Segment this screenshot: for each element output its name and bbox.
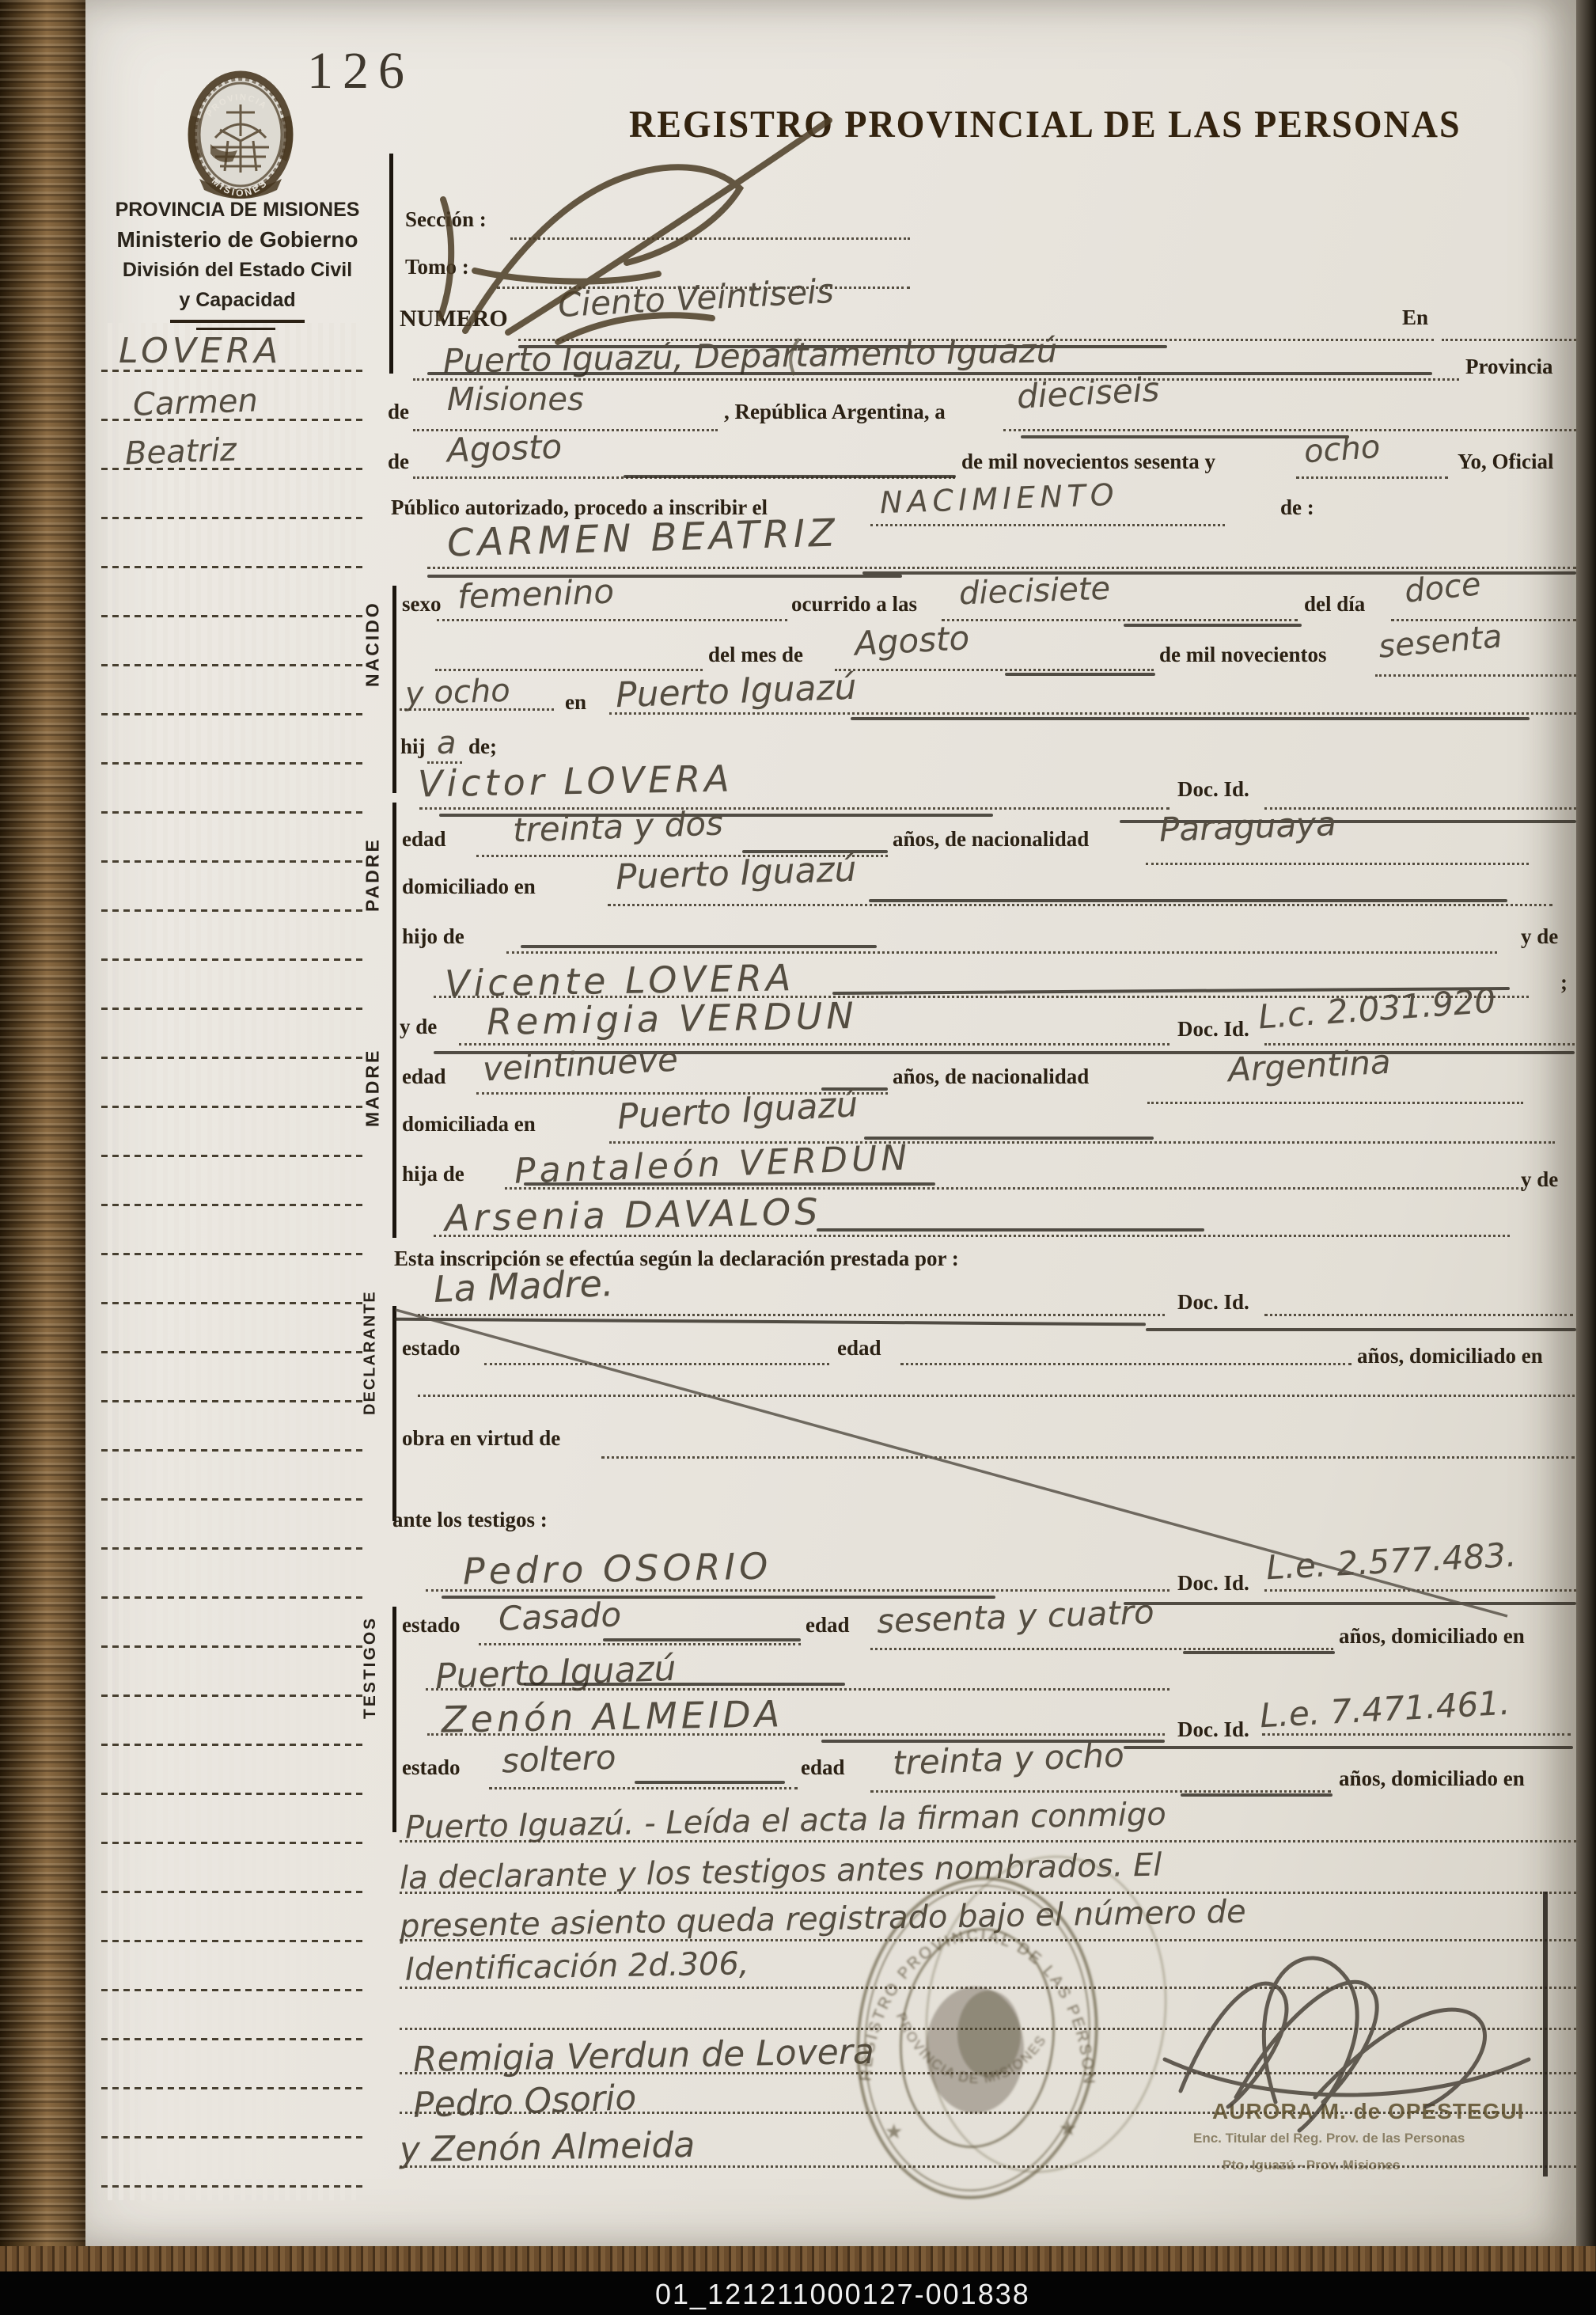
dotted-line bbox=[870, 1790, 1331, 1793]
book-page-stack-edge bbox=[0, 0, 85, 2273]
dotted-line bbox=[506, 951, 1497, 954]
provincia-value: Misiones bbox=[447, 381, 584, 418]
pencil-line bbox=[851, 717, 1530, 720]
dotted-line bbox=[400, 708, 554, 711]
semicolon-label: ; bbox=[1560, 970, 1568, 995]
pencil-line bbox=[524, 1182, 935, 1186]
ministry-line1: PROVINCIA DE MISIONES bbox=[101, 195, 373, 225]
oficial-stamp-cargo: Enc. Titular del Reg. Prov. de las Perso… bbox=[1193, 2131, 1465, 2146]
dotted-line bbox=[435, 669, 703, 671]
dotted-line bbox=[505, 1187, 1523, 1190]
dotted-line bbox=[418, 1314, 1165, 1316]
doc-id-label-madre: Doc. Id. bbox=[1177, 1017, 1249, 1042]
anos-nac-label-padre: años, de nacionalidad bbox=[893, 827, 1089, 852]
pencil-line bbox=[817, 1228, 1204, 1232]
section-bracket-testigos bbox=[392, 1607, 396, 1832]
margin-name2: Beatriz bbox=[124, 432, 237, 472]
pencil-line bbox=[427, 372, 1432, 375]
domiciliado-label: domiciliado en bbox=[402, 875, 536, 899]
testigo1-estado: Casado bbox=[498, 1595, 622, 1638]
ministry-line2: Ministerio de Gobierno bbox=[101, 225, 373, 255]
dotted-line bbox=[510, 237, 910, 240]
pencil-line bbox=[1124, 1746, 1573, 1749]
anos-dom-label-t2: años, domiciliado en bbox=[1339, 1767, 1525, 1791]
section-bracket-nacido bbox=[392, 586, 396, 793]
book-right-edge bbox=[1576, 0, 1596, 2273]
de-mil-label: de mil novecientos bbox=[1159, 643, 1326, 667]
section-bracket-padre bbox=[392, 803, 396, 1023]
margin-ruling-dash-mask bbox=[101, 323, 362, 2200]
cierre-linea4: Identificación 2d.306, bbox=[405, 1945, 749, 1988]
yo-oficial-label: Yo, Oficial bbox=[1458, 450, 1554, 474]
pencil-line bbox=[1005, 673, 1155, 676]
testigo2-estado: soltero bbox=[501, 1737, 616, 1780]
pencil-line bbox=[603, 1638, 801, 1641]
edad-label-t1: edad bbox=[806, 1613, 850, 1638]
ministry-rule bbox=[170, 320, 305, 323]
dotted-line bbox=[1003, 429, 1576, 431]
dotted-line bbox=[400, 1939, 1576, 1941]
oficial-stamp-lugar: Pto. Iguazú - Prov. Misiones bbox=[1223, 2158, 1401, 2173]
dotted-line bbox=[942, 619, 1298, 621]
dotted-line bbox=[489, 1787, 798, 1789]
dotted-line bbox=[1442, 339, 1576, 341]
dotted-line bbox=[1375, 674, 1576, 677]
de-label-1: de bbox=[388, 400, 409, 424]
dotted-line bbox=[1147, 1102, 1523, 1104]
dotted-line bbox=[413, 378, 1459, 381]
lugar-nac-value: Puerto Iguazú bbox=[615, 667, 857, 716]
y-de-label-padre: y de bbox=[1521, 924, 1558, 949]
section-bracket-madre bbox=[392, 1023, 396, 1238]
dia-acta-value: dieciseis bbox=[1016, 370, 1161, 416]
mes-nac-value: Agosto bbox=[854, 618, 971, 663]
y-de-label-madre: y de bbox=[400, 1015, 437, 1039]
doc-id-label-declarante: Doc. Id. bbox=[1177, 1290, 1249, 1315]
dotted-line bbox=[608, 904, 1552, 906]
mes-acta-value: Agosto bbox=[446, 427, 563, 469]
provincia-label: Provincia bbox=[1465, 355, 1553, 379]
domiciliada-label: domiciliada en bbox=[402, 1112, 536, 1137]
dotted-line bbox=[419, 807, 1170, 810]
ministry-block: PROVINCIA DE MISIONES Ministerio de Gobi… bbox=[101, 195, 373, 315]
dotted-line bbox=[870, 524, 1225, 526]
ministry-rule-2 bbox=[196, 328, 275, 330]
dotted-line bbox=[418, 1395, 1575, 1397]
seccion-label: Sección : bbox=[405, 207, 487, 232]
dotted-line bbox=[400, 1987, 1576, 1989]
doc-id-label-t2: Doc. Id. bbox=[1177, 1717, 1249, 1742]
dotted-line bbox=[426, 1688, 1170, 1691]
dotted-line bbox=[1296, 476, 1448, 479]
margin-name1: Carmen bbox=[132, 382, 258, 423]
dotted-line bbox=[1262, 1733, 1571, 1736]
pencil-line bbox=[1124, 1602, 1576, 1605]
numero-label: NUMERO bbox=[400, 306, 508, 332]
dotted-line bbox=[400, 1840, 1576, 1843]
dotted-line bbox=[870, 1648, 1333, 1650]
dotted-line bbox=[479, 1643, 801, 1645]
pencil-line bbox=[521, 945, 877, 948]
sexo-value: femenino bbox=[457, 572, 615, 617]
pencil-line bbox=[1124, 624, 1302, 627]
header-divider bbox=[389, 154, 393, 374]
ministry-line3: División del Estado Civil bbox=[101, 255, 373, 285]
dotted-line bbox=[835, 669, 1154, 671]
oficial-stamp-name: AURORA M. de OPESTEGUI bbox=[1212, 2099, 1524, 2124]
next-page-edge-line bbox=[1543, 1892, 1548, 2176]
doc-id-label-padre: Doc. Id. bbox=[1177, 777, 1249, 802]
edad-label-padre: edad bbox=[402, 827, 446, 852]
testigo1-nombre: Pedro OSORIO bbox=[463, 1545, 772, 1593]
hijo-de-label: hijo de bbox=[402, 924, 464, 949]
pencil-line bbox=[1181, 1793, 1333, 1797]
de-colon-label: de : bbox=[1280, 495, 1314, 520]
edad-label-madre: edad bbox=[402, 1065, 446, 1089]
estado-label-t1: estado bbox=[402, 1613, 461, 1638]
madre-abuela: Arsenia DAVALOS bbox=[445, 1190, 822, 1239]
madre-nombre: Remigia VERDUN bbox=[487, 994, 859, 1043]
estado-label-t2: estado bbox=[402, 1755, 461, 1780]
pencil-line bbox=[869, 899, 1507, 902]
microfilm-number: 01_121211000127-001838 bbox=[655, 2278, 1030, 2311]
padre-edad: treinta y dos bbox=[512, 803, 723, 849]
declarante-quien: La Madre. bbox=[433, 1262, 614, 1311]
firma-testigo1: Pedro Osorio bbox=[412, 2078, 637, 2126]
pencil-line bbox=[624, 475, 956, 478]
dotted-line bbox=[427, 1733, 1165, 1736]
estado-label-declarante: estado bbox=[402, 1336, 461, 1361]
ante-testigos-label: ante los testigos : bbox=[392, 1508, 548, 1532]
obra-label: obra en virtud de bbox=[402, 1426, 560, 1451]
anos-nac-label-madre: años, de nacionalidad bbox=[893, 1065, 1089, 1089]
doc-id-label-t1: Doc. Id. bbox=[1177, 1571, 1249, 1596]
ocurrido-label: ocurrido a las bbox=[791, 592, 917, 617]
pencil-line bbox=[1021, 435, 1349, 438]
tomo-label: Tomo : bbox=[405, 255, 469, 279]
hij-sufijo-value: a bbox=[437, 725, 457, 761]
del-dia-label: del día bbox=[1304, 592, 1365, 617]
padre-domicilio: Puerto Iguazú bbox=[615, 849, 857, 898]
dotted-line bbox=[1264, 1043, 1575, 1046]
dotted-line bbox=[434, 1235, 1510, 1237]
photo-table-band bbox=[0, 2246, 1596, 2275]
page-number: 126 bbox=[307, 41, 414, 101]
anio-acta-value: ocho bbox=[1303, 429, 1382, 471]
dotted-line bbox=[400, 2072, 1576, 2074]
dotted-line bbox=[426, 1589, 1170, 1592]
padre-nombre: Victor LOVERA bbox=[418, 757, 734, 806]
hora-value: diecisiete bbox=[958, 571, 1111, 613]
document-title: REGISTRO PROVINCIAL DE LAS PERSONAS bbox=[629, 101, 1461, 146]
pencil-line bbox=[1146, 1328, 1576, 1331]
en-label: En bbox=[1402, 306, 1428, 330]
republica-label: , República Argentina, a bbox=[724, 400, 946, 424]
de-mil-sesenta-label: de mil novecientos sesenta y bbox=[961, 450, 1215, 474]
margin-surname: LOVERA bbox=[119, 331, 282, 371]
del-mes-label: del mes de bbox=[708, 643, 803, 667]
dotted-line bbox=[609, 712, 1576, 715]
hij-label: hij bbox=[400, 734, 426, 759]
en-label-min: en bbox=[565, 690, 586, 715]
dotted-line bbox=[484, 1363, 829, 1365]
dotted-line bbox=[400, 2028, 1576, 2030]
y-de2-label-madre: y de bbox=[1521, 1167, 1558, 1192]
dotted-line bbox=[601, 1456, 1575, 1459]
dotted-line bbox=[1264, 1314, 1573, 1316]
ministry-line4: y Capacidad bbox=[101, 285, 373, 315]
pencil-line bbox=[635, 1781, 785, 1784]
testigo2-edad: treinta y ocho bbox=[892, 1736, 1124, 1782]
padre-nacionalidad: Paraguaya bbox=[1158, 804, 1336, 849]
anos-dom-label-declarante: años, domiciliado en bbox=[1357, 1344, 1543, 1368]
firma-testigo2: y Zenón Almeida bbox=[400, 2125, 696, 2171]
anos-dom-label-t1: años, domiciliado en bbox=[1339, 1624, 1525, 1649]
dotted-line bbox=[1146, 863, 1529, 865]
dotted-line bbox=[427, 567, 1576, 569]
dotted-line bbox=[900, 1363, 1351, 1365]
edad-label-declarante: edad bbox=[837, 1336, 881, 1361]
pencil-line bbox=[1183, 1651, 1335, 1654]
section-bracket-declarante bbox=[392, 1306, 396, 1521]
dotted-line bbox=[1264, 1589, 1576, 1592]
anio-nac2-value: y ocho bbox=[404, 673, 510, 713]
pencil-line bbox=[524, 1683, 845, 1686]
dotted-line bbox=[437, 619, 787, 621]
hija-de-label: hija de bbox=[402, 1162, 464, 1186]
edad-label-t2: edad bbox=[801, 1755, 845, 1780]
de-semi-label: de; bbox=[468, 734, 497, 759]
de-label-2: de bbox=[388, 450, 409, 474]
sexo-label: sexo bbox=[402, 592, 442, 617]
dotted-line bbox=[400, 1892, 1576, 1894]
